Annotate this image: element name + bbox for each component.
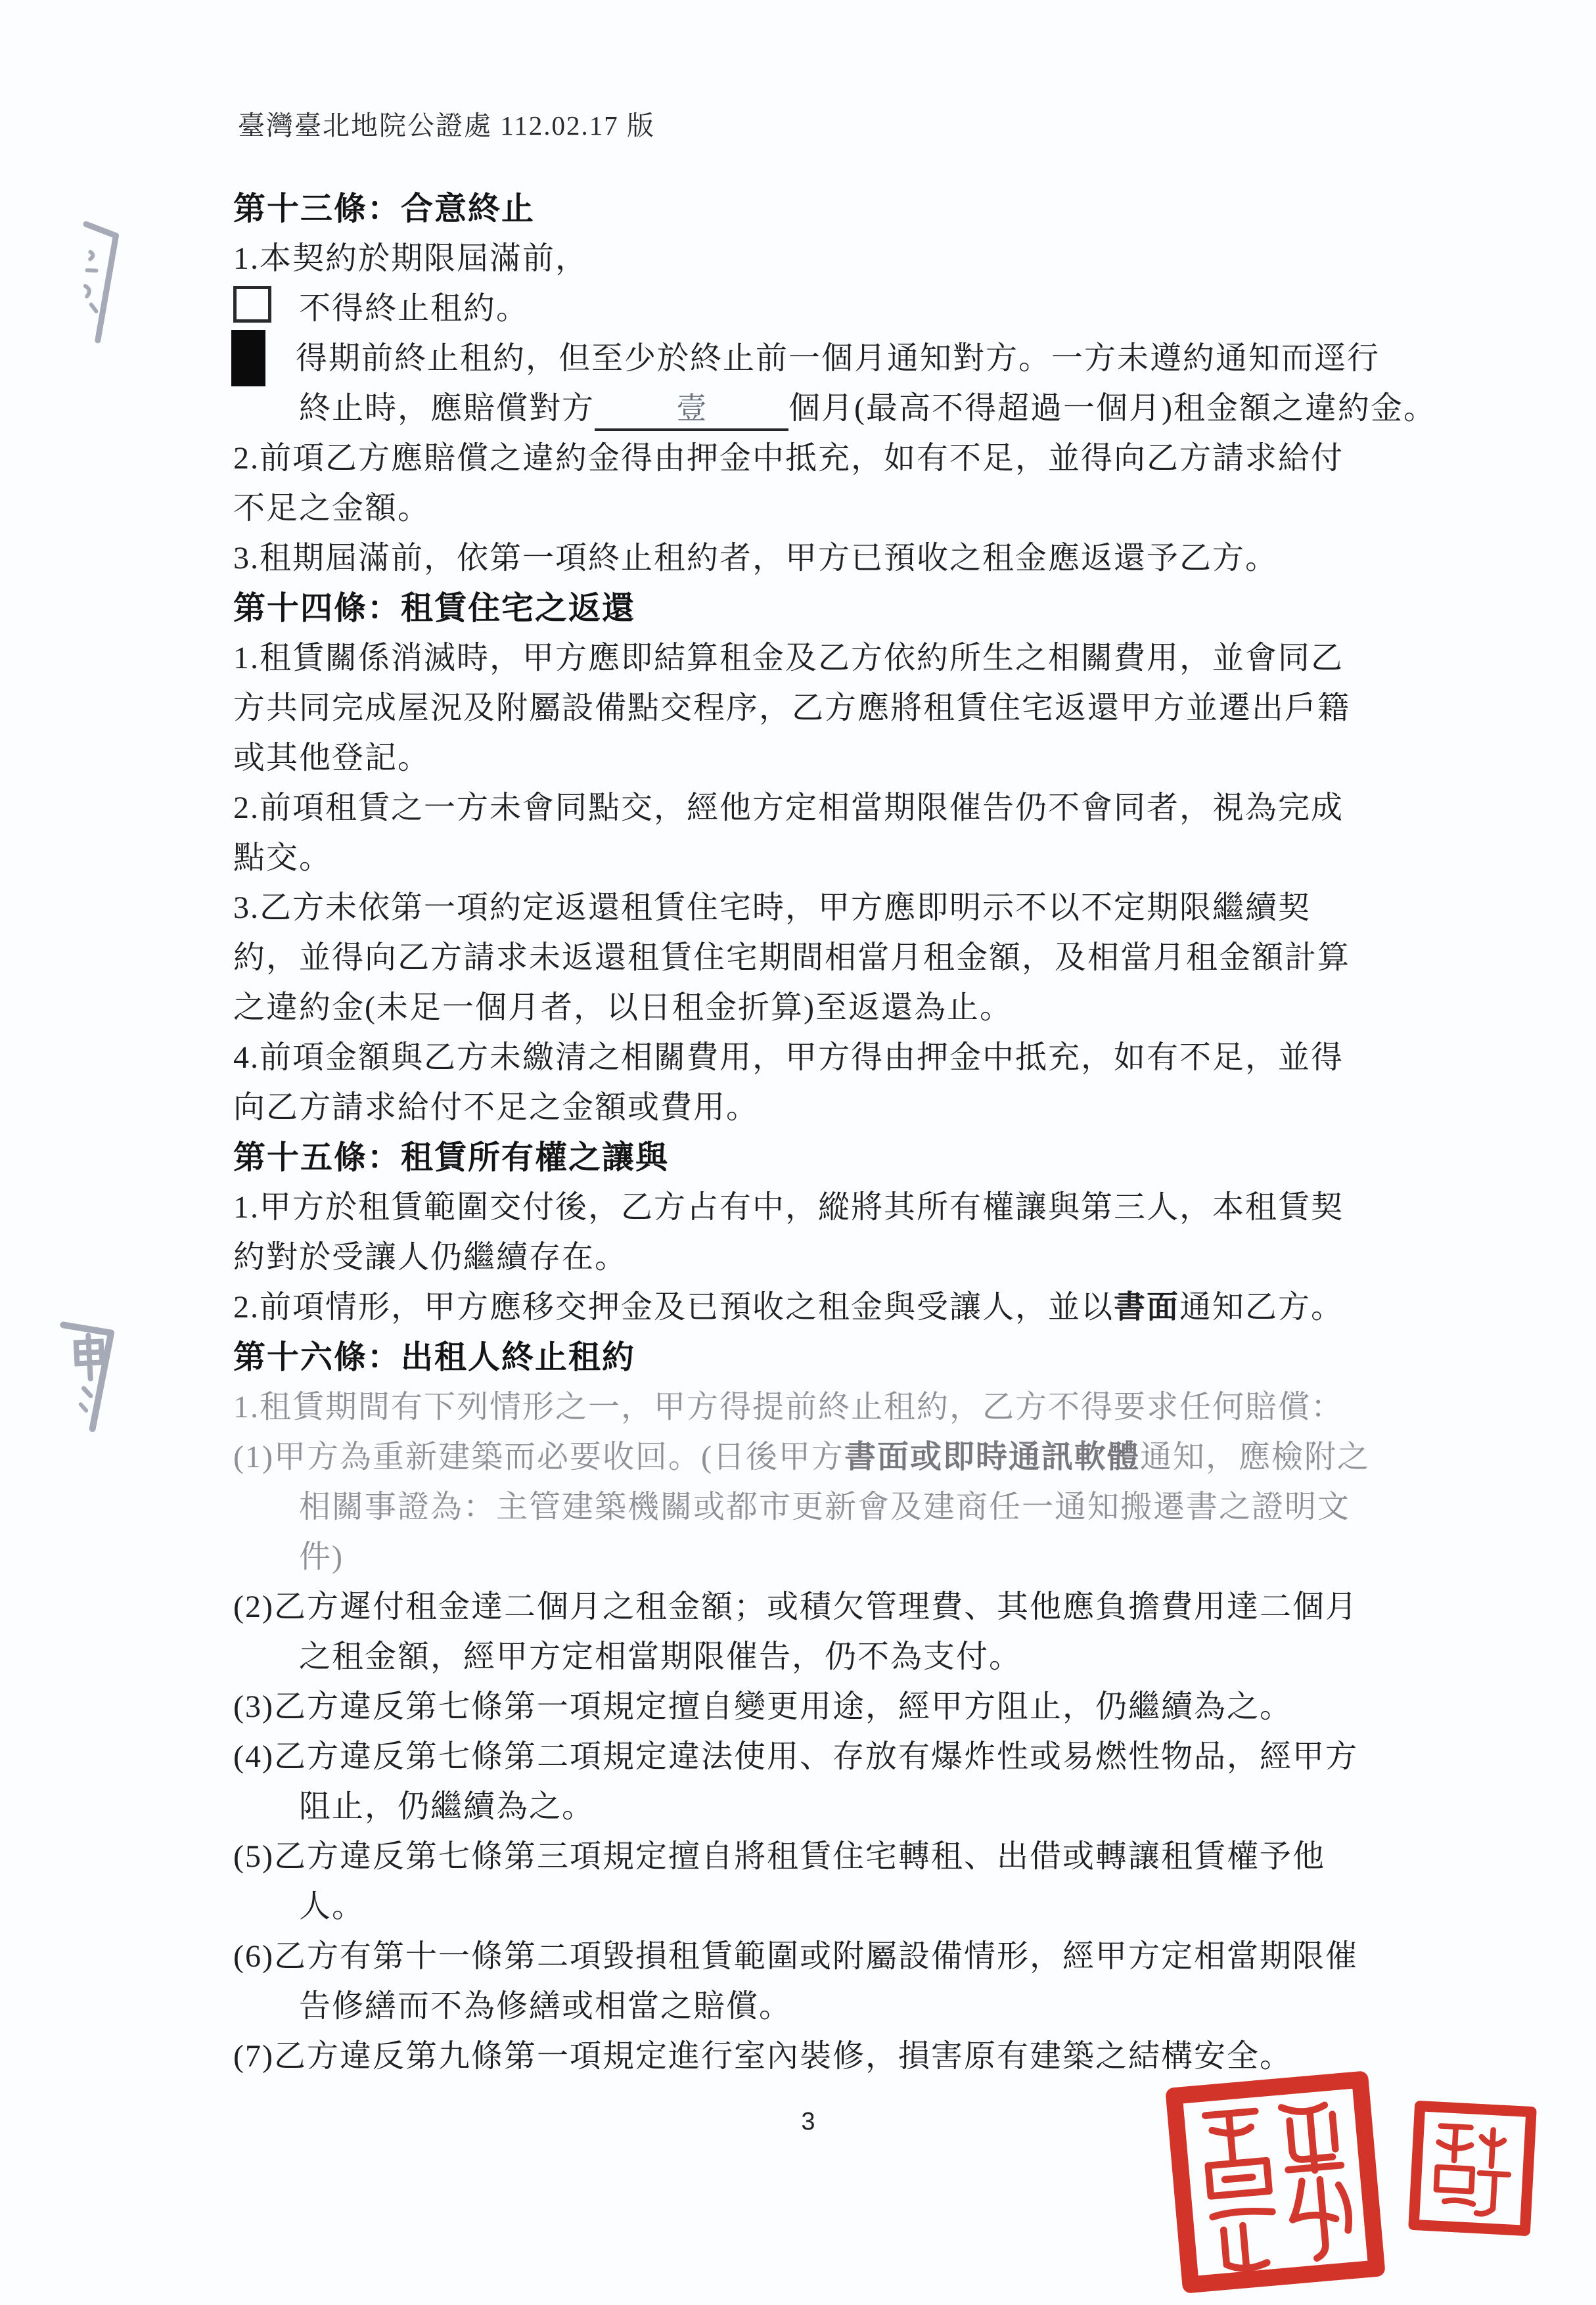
binding-stamp-partial-bottom [57,1304,132,1435]
section-heading-16: 第十六條：出租人終止租約 [233,1333,1409,1382]
text-line: 之租金額，經甲方定相當期限催告，仍不為支付。 [233,1632,1409,1682]
option-label: 不得終止租約。 [299,291,529,326]
line-segment: 通知，應檢附之 [1140,1440,1370,1474]
red-seal-large [1161,2069,1390,2296]
text-line: 1.甲方於租賃範圍交付後，乙方占有中，縱將其所有權讓與第三人，本租賃契 [233,1183,1409,1233]
text-line: (5)乙方違反第七條第三項規定擅自將租賃住宅轉租、出借或轉讓租賃權予他 [233,1832,1409,1882]
text-line: (3)乙方違反第七條第一項規定擅自變更用途，經甲方阻止，仍繼續為之。 [233,1682,1409,1732]
text-line-mixed: 2.前項情形，甲方應移交押金及已預收之租金與受讓人，並以書面通知乙方。 [233,1283,1409,1333]
page-header: 臺灣臺北地院公證處 112.02.17 版 [238,104,655,143]
text-line: 人。 [233,1882,1409,1932]
text-line: 或其他登記。 [233,733,1409,783]
checkbox-unchecked-icon [233,286,271,323]
option-label: 得期前終止租約，但至少於終止前一個月通知對方。一方未遵約通知而逕行 [296,334,1380,384]
binding-stamp-partial-top [72,215,131,348]
contract-body: 第十三條：合意終止 1.本契約於期限屆滿前， 不得終止租約。 得期前終止租約，但… [233,184,1409,2082]
seal-border [1174,2080,1377,2285]
section-heading-14: 第十四條：租賃住宅之返還 [233,583,1409,633]
text-line: (4)乙方違反第七條第二項規定違法使用、存放有爆炸性或易燃性物品，經甲方 [233,1732,1409,1782]
text-line: 4.前項金額與乙方未繳清之相關費用，甲方得由押金中抵充，如有不足，並得 [233,1033,1409,1083]
checkbox-checked-icon [231,330,265,386]
text-line: 之違約金(未足一個月者，以日租金折算)至返還為止。 [233,983,1409,1033]
page-number: 3 [772,2108,844,2136]
text-line: 阻止，仍繼續為之。 [233,1782,1409,1832]
scanned-contract-page: 臺灣臺北地院公證處 112.02.17 版 [0,0,1596,2305]
text-line: 向乙方請求給付不足之金額或費用。 [233,1083,1409,1133]
red-seal-small [1402,2099,1543,2238]
text-line: (6)乙方有第十一條第二項毀損租賃範圍或附屬設備情形，經甲方定相當期限催 [233,1932,1409,1982]
seal-glyph [1435,2126,1511,2215]
text-line-gray-mixed: (1)甲方為重新建築而必要收回。(日後甲方書面或即時通訊軟體通知，應檢附之 [233,1432,1409,1482]
section-heading-13: 第十三條：合意終止 [233,184,1409,234]
line-segment: 通知乙方。 [1179,1290,1344,1325]
bold-segment: 書面 [1114,1290,1179,1325]
text-line-gray: 件) [233,1532,1409,1582]
text-line: 約對於受讓人仍繼續存在。 [233,1233,1409,1283]
text-line: 約，並得向乙方請求未返還租賃住宅期間相當月租金額，及相當月租金額計算 [233,933,1409,983]
text-line: (2)乙方遲付租金達二個月之租金額；或積欠管理費、其他應負擔費用達二個月 [233,1582,1409,1632]
line-segment: 終止時，應賠償對方 [299,391,595,426]
text-line: 點交。 [233,833,1409,883]
line-segment: (1)甲方為重新建築而必要收回。(日後甲方 [233,1440,844,1474]
option-row-early-termination: 得期前終止租約，但至少於終止前一個月通知對方。一方未遵約通知而逕行 [233,334,1409,384]
bold-segment: 書面或即時通訊軟體 [844,1440,1140,1474]
handwritten-value: 壹 [677,390,707,426]
text-line: 方共同完成屋況及附屬設備點交程序，乙方應將租賃住宅返還甲方並遷出戶籍 [233,683,1409,733]
text-line-gray: 1.租賃期間有下列情形之一，甲方得提前終止租約，乙方不得要求任何賠償： [233,1382,1409,1432]
text-line: 3.租期屆滿前，依第一項終止租約者，甲方已預收之租金應返還予乙方。 [233,534,1409,583]
text-line: 2.前項租賃之一方未會同點交，經他方定相當期限催告仍不會同者，視為完成 [233,783,1409,833]
section-heading-15: 第十五條：租賃所有權之讓與 [233,1133,1409,1183]
text-line-with-blank: 終止時，應賠償對方壹個月(最高不得超過一個月)租金額之違約金。 [233,384,1409,434]
text-line-gray: 相關事證為：主管建築機關或都市更新會及建商任一通知搬遷書之證明文 [233,1482,1409,1532]
text-line: 告修繕而不為修繕或相當之賠償。 [233,1982,1409,2032]
seal-glyph [1204,2103,1352,2271]
text-line: (7)乙方違反第九條第一項規定進行室內裝修，損害原有建築之結構安全。 [233,2032,1409,2082]
line-segment: 2.前項情形，甲方應移交押金及已預收之租金與受讓人，並以 [233,1290,1114,1325]
fill-in-blank: 壹 [595,388,788,431]
text-line: 2.前項乙方應賠償之違約金得由押金中抵充，如有不足，並得向乙方請求給付 [233,434,1409,484]
line-segment: 個月(最高不得超過一個月)租金額之違約金。 [788,391,1436,426]
text-line: 1.本契約於期限屆滿前， [233,234,1409,284]
text-line: 不足之金額。 [233,484,1409,534]
text-line: 1.租賃關係消滅時，甲方應即結算租金及乙方依約所生之相關費用，並會同乙 [233,633,1409,683]
text-line: 3.乙方未依第一項約定返還租賃住宅時，甲方應即明示不以不定期限繼續契 [233,883,1409,933]
option-row-no-termination: 不得終止租約。 [233,284,1409,334]
